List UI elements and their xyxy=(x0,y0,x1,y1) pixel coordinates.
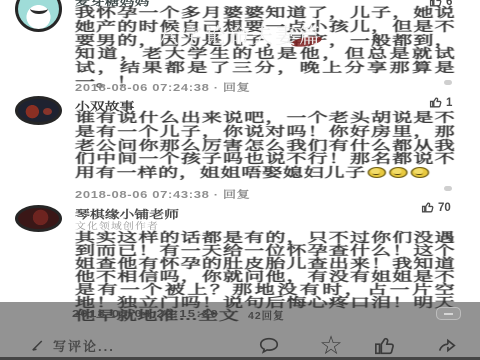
thumb-up-icon xyxy=(429,96,443,109)
post-timestamp: 2018-08-04 22:15:30 · xyxy=(72,308,230,320)
share-button[interactable] xyxy=(434,335,460,357)
laugh-emoji-icons xyxy=(366,165,431,180)
laugh-emoji-icon xyxy=(368,167,386,178)
comment-bubble-icon xyxy=(256,335,282,357)
comment-timestamp: 2018-08-06 07:43:38 · 回复 xyxy=(75,186,250,201)
more-dot xyxy=(444,80,452,85)
comment-input[interactable]: 写评论... xyxy=(53,336,115,355)
like-count: 70 xyxy=(438,202,451,214)
video-overlay-strip: 2018-08-04 22:15:30 · 42回复 写评论... xyxy=(0,302,480,360)
comment-text: 谁有说什么出来说吧，一个老头胡说是不是有一个儿子，你说对吗！你好房里，那老公问你… xyxy=(75,111,455,180)
favorite-star-button[interactable] xyxy=(316,331,346,359)
comments-screen: 麦芽糖妈妈 6 我怀孕一个多月婆婆知道了，儿子，她说她产的时候自己想要一点小孩儿… xyxy=(0,0,480,360)
avatar[interactable] xyxy=(15,205,62,232)
like-count: 1 xyxy=(446,97,452,109)
comment-composer[interactable]: 写评论... xyxy=(30,336,115,355)
avatar[interactable] xyxy=(15,96,62,125)
laugh-emoji-icon xyxy=(411,167,429,178)
laugh-emoji-icon xyxy=(389,167,407,178)
like-button[interactable]: 1 xyxy=(429,96,452,109)
pencil-icon xyxy=(30,338,46,353)
like-button[interactable]: 70 xyxy=(421,201,451,214)
thumb-up-icon xyxy=(421,201,435,214)
comment-timestamp: 2018-08-06 07:24:38 · 回复 xyxy=(75,79,250,94)
video-title: 八字论命夫妻篇 xyxy=(0,20,480,50)
more-dot xyxy=(444,186,452,191)
like-thumb-button[interactable] xyxy=(372,335,398,357)
reply-count[interactable]: 42回复 xyxy=(248,308,285,323)
share-arrow-icon xyxy=(434,335,460,357)
thumb-up-icon xyxy=(372,335,398,357)
comment-bubble-button[interactable] xyxy=(256,335,282,357)
collapse-button[interactable] xyxy=(436,307,461,320)
